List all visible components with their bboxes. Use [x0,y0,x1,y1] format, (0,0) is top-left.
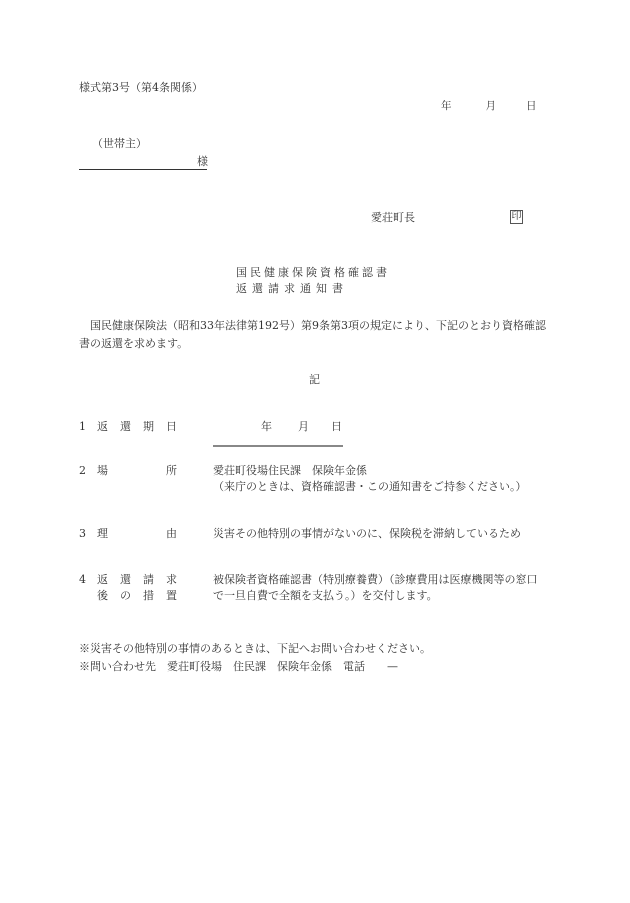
item-3-number: 3 [79,528,86,539]
item-2-value-line1: 愛荘町役場住民課 保険年金係 [213,463,367,479]
return-date-day: 日 [331,420,342,433]
item-2-value-line2: （来庁のときは、資格確認書・この通知書をご持参ください。） [213,479,527,495]
item-3-label-b: 由 [166,528,177,539]
body-paragraph: 国民健康保険法（昭和33年法律第192号）第9条第3項の規定により、下記のとおり… [79,317,549,353]
item-2-number: 2 [79,465,86,476]
item-1-label: 返還期日 [97,421,189,432]
item-3-value: 災害その他特別の事情がないのに、保険税を滞納しているため [213,526,521,542]
document-title-line1: 国民健康保険資格確認書 [236,267,390,278]
issue-date: 年月日 [441,101,537,112]
contact-section: 保険年金係 [277,660,332,673]
return-date-year: 年 [261,420,272,433]
addressee-name-line [79,157,207,170]
item-4-label-line1: 返還請求 [97,574,189,585]
return-date: 年月日 [261,419,342,435]
return-date-underline [213,445,343,447]
item-4-value-line2: で一旦自費で全額を支払う。）を交付します。 [213,588,438,604]
item-4-label-line2: 後の措置 [97,590,189,601]
householder-label: （世帯主） [92,138,147,149]
honorific-sama: 様 [197,156,208,167]
note-line1: ※災害その他特別の事情のあるときは、下記へお問い合わせください。 [79,643,431,654]
return-date-month: 月 [298,420,309,433]
issue-date-year: 年 [441,101,452,112]
item-3-label-a: 理 [97,528,108,539]
contact-dept: 住民課 [233,660,266,673]
item-2-label-a: 場 [97,465,108,476]
note-line2: ※問い合わせ先 愛荘町役場 住民課 保険年金係 電話 — [79,661,398,672]
contact-phone-value: — [387,660,398,673]
contact-office: 愛荘町役場 [167,660,222,673]
record-heading: 記 [309,374,320,385]
item-4-value-line1: 被保険者資格確認書（特別療養費）（診療費用は医療機関等の窓口 [213,572,538,588]
contact-phone-label: 電話 [343,660,365,673]
issuer-title: 愛荘町長 [371,212,415,223]
issue-date-month: 月 [486,101,497,112]
form-number: 様式第3号（第4条関係） [79,82,203,93]
document-title-line2: 返還請求通知書 [236,283,348,294]
issue-date-day: 日 [526,101,537,112]
seal-stamp-icon: 印 [510,210,523,224]
item-4-number: 4 [79,574,86,585]
item-1-number: 1 [79,421,86,432]
item-2-label-b: 所 [166,465,177,476]
contact-prefix: ※問い合わせ先 [79,660,156,673]
